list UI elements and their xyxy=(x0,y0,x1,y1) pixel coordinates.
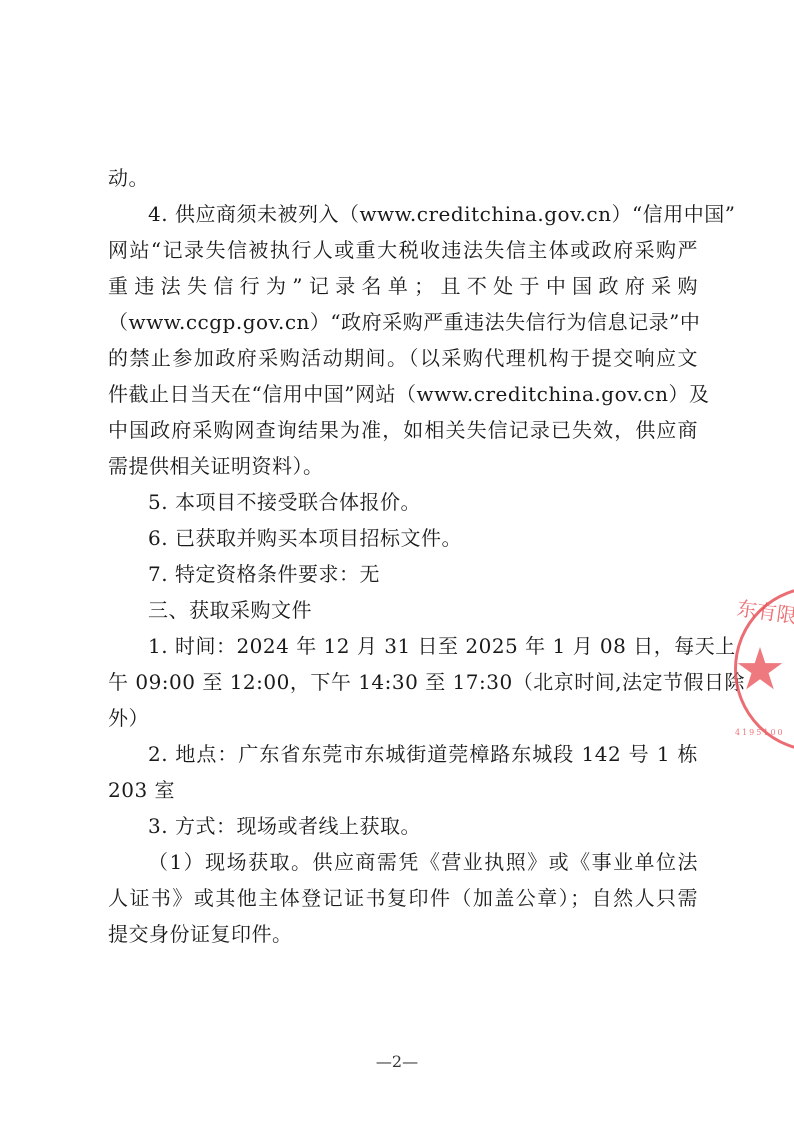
seal-star-icon: ★ xyxy=(734,640,786,698)
text-line: 提交身份证复印件。 xyxy=(108,916,293,952)
text-line: 4. 供应商须未被列入（www.creditchina.gov.cn）“信用中国… xyxy=(148,196,698,232)
section-heading: 三、获取采购文件 xyxy=(148,592,312,628)
text-line: 1. 时间：2024 年 12 月 31 日至 2025 年 1 月 08 日，… xyxy=(148,628,698,664)
page-number: —2— xyxy=(0,1052,794,1071)
text-line: 动。 xyxy=(108,160,149,196)
seal-text: 东有限 xyxy=(735,592,794,629)
text-line: 重违法失信行为”记录名单；且不处于中国政府采购 xyxy=(108,268,698,304)
text-line: 2. 地点：广东省东莞市东城街道莞樟路东城段 142 号 1 栋 xyxy=(148,736,698,772)
text-line: 3. 方式：现场或者线上获取。 xyxy=(148,808,421,844)
text-line: （1）现场获取。供应商需凭《营业执照》或《事业单位法 xyxy=(148,844,698,880)
seal-digits: 4195100 xyxy=(735,728,785,737)
text-line: 的禁止参加政府采购活动期间。（以采购代理机构于提交响应文 xyxy=(108,340,698,376)
text-line: 外） xyxy=(108,700,149,736)
text-line: 203 室 xyxy=(108,772,175,808)
text-line: 需提供相关证明资料）。 xyxy=(108,448,324,484)
text-line: 件截止日当天在“信用中国”网站（www.creditchina.gov.cn）及 xyxy=(108,376,698,412)
text-line: 中国政府采购网查询结果为准，如相关失信记录已失效，供应商 xyxy=(108,412,698,448)
text-line: 人证书》或其他主体登记证书复印件（加盖公章）；自然人只需 xyxy=(108,880,698,916)
text-line: 网站“记录失信被执行人或重大税收违法失信主体或政府采购严 xyxy=(108,232,698,268)
text-line: （www.ccgp.gov.cn）“政府采购严重违法失信行为信息记录”中 xyxy=(108,304,698,340)
text-line: 7. 特定资格条件要求：无 xyxy=(148,556,380,592)
text-line: 6. 已获取并购买本项目招标文件。 xyxy=(148,520,462,556)
text-line: 午 09:00 至 12:00，下午 14:30 至 17:30（北京时间,法定… xyxy=(108,664,698,700)
text-line: 5. 本项目不接受联合体报价。 xyxy=(148,484,421,520)
